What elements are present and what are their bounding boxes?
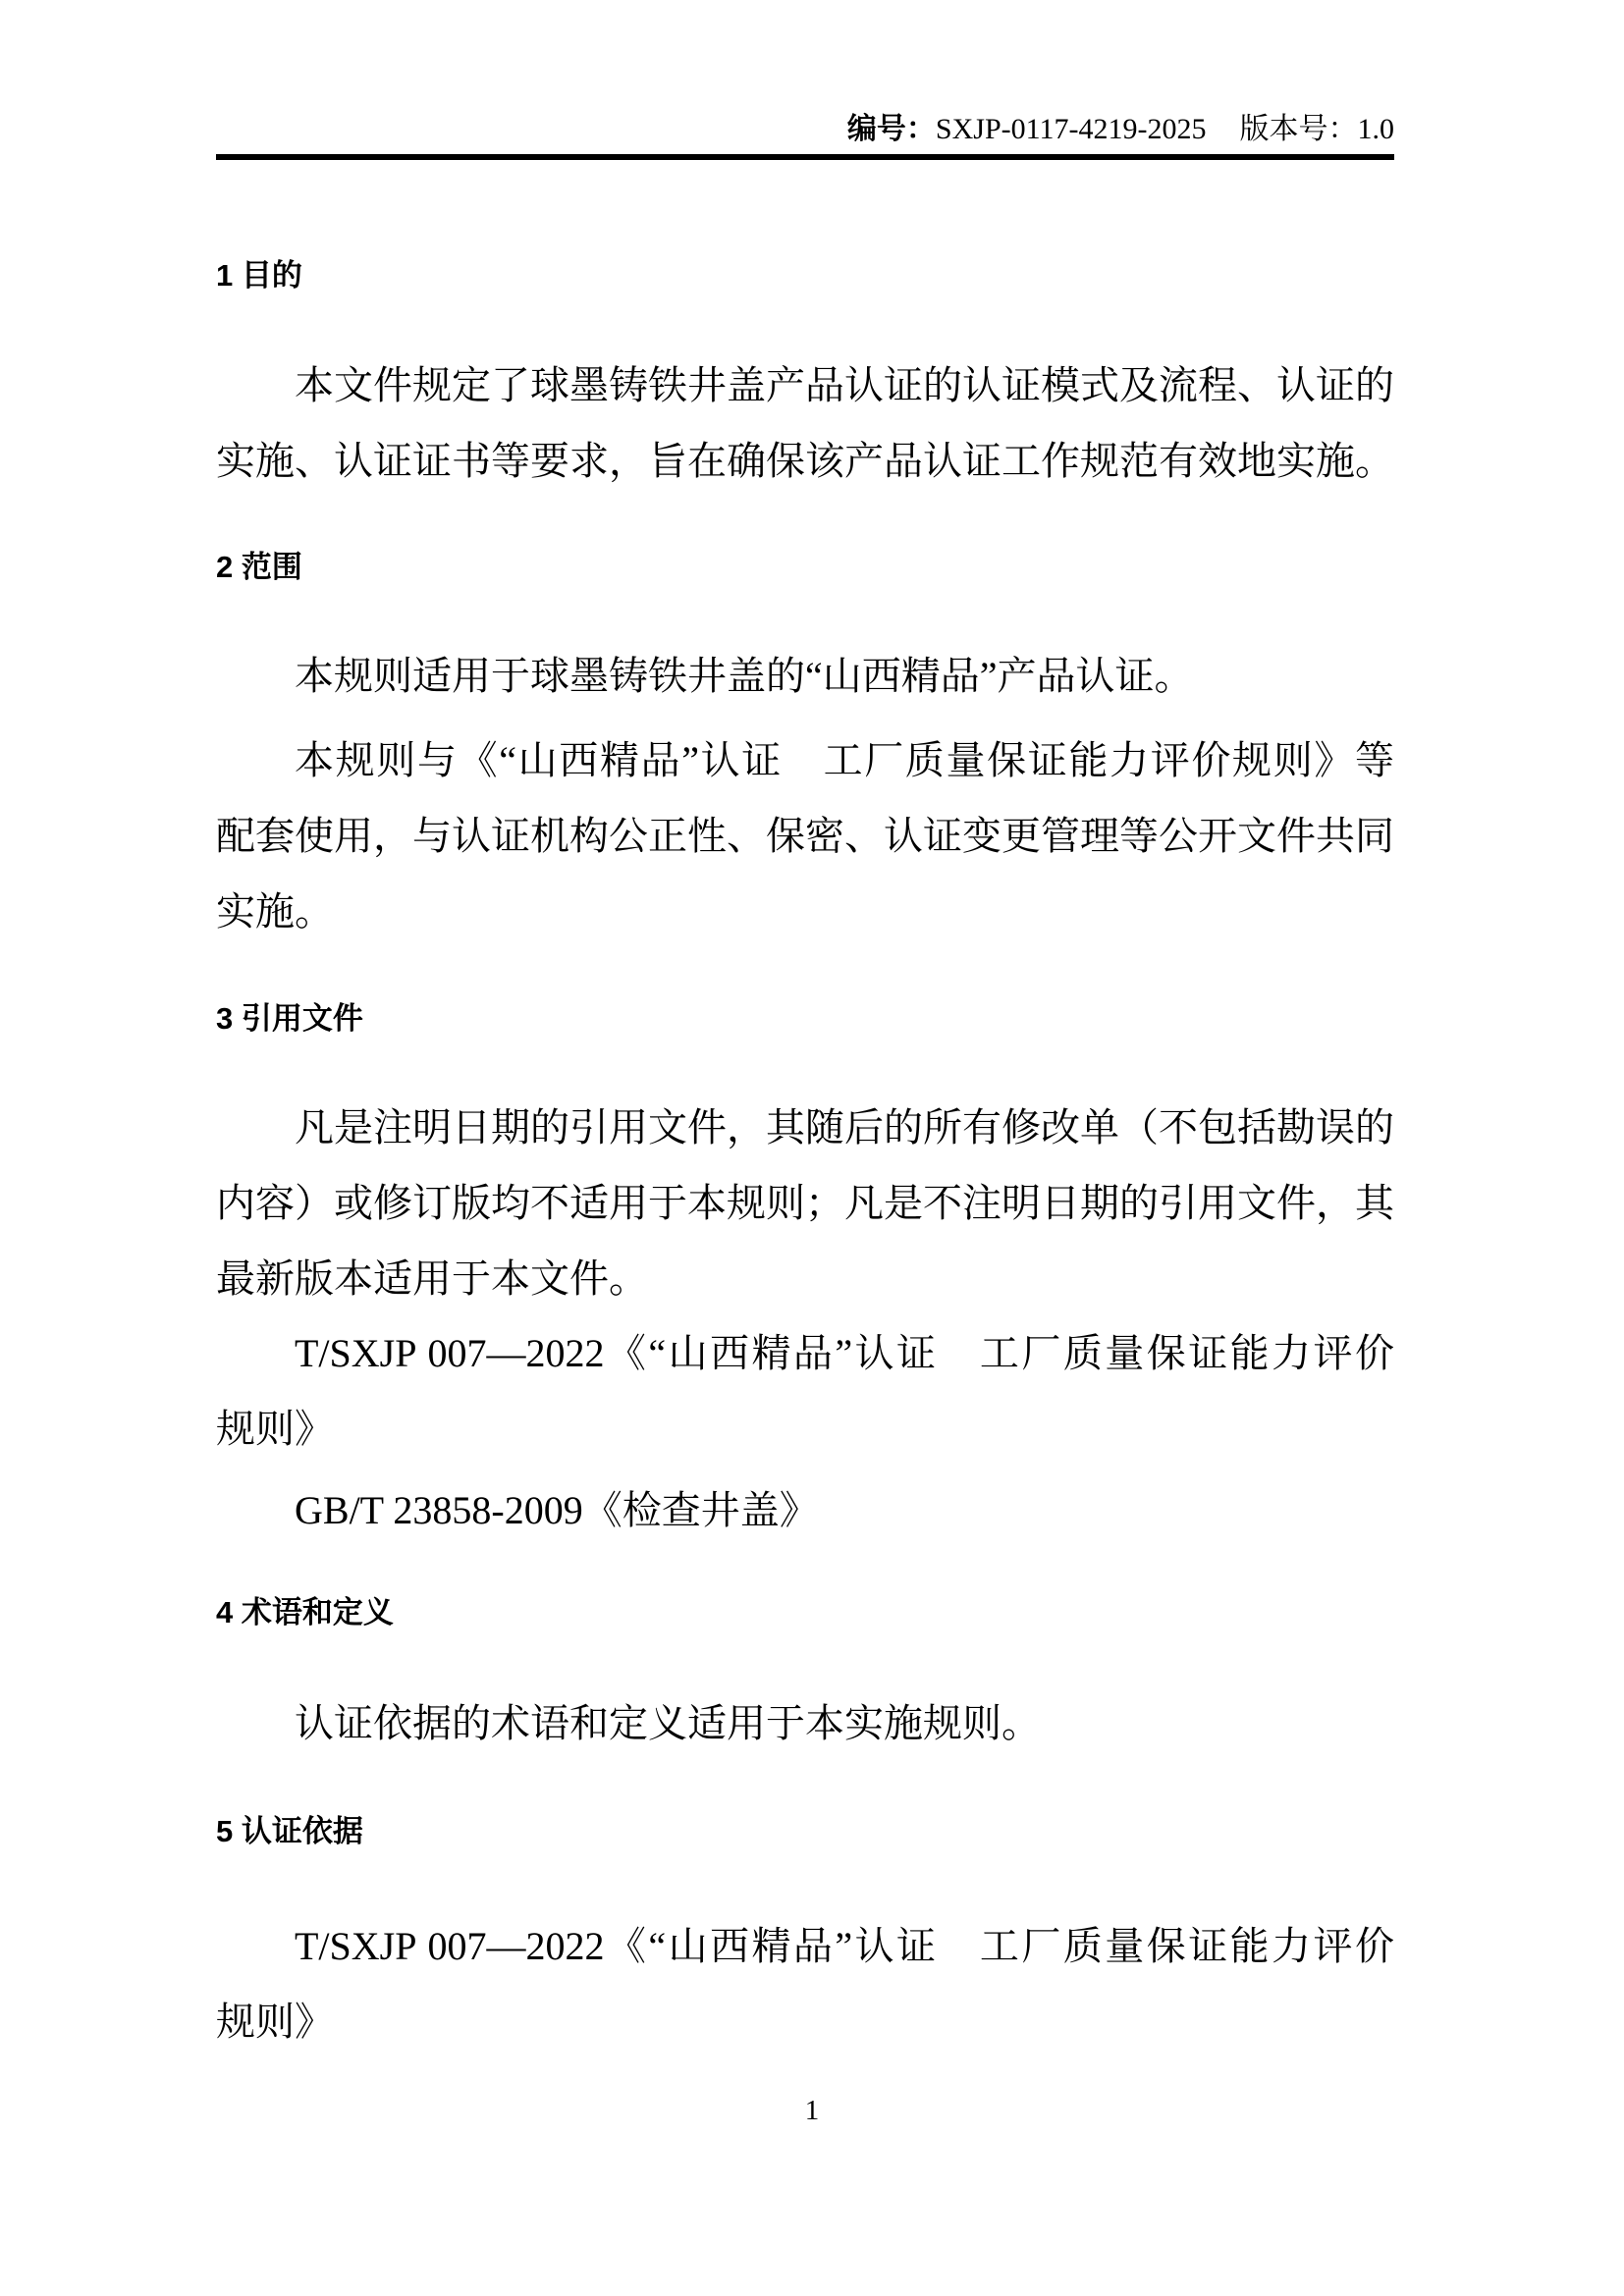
section-heading: 4 术语和定义	[216, 1591, 1394, 1634]
paragraph-line: 认证依据的术语和定义适用于本实施规则。	[216, 1685, 1394, 1761]
paragraph: 凡是注明日期的引用文件，其随后的所有修改单（不包括勘误的 内容）或修订版均不适用…	[216, 1090, 1394, 1316]
document-page: 编号：SXJP-0117-4219-2025版本号：1.0 1 目的 本文件规定…	[0, 0, 1624, 2296]
doc-number: SXJP-0117-4219-2025	[936, 113, 1207, 145]
paragraph-line: 本规则与《“山西精品”认证 工厂质量保证能力评价规则》等	[216, 722, 1394, 798]
section-heading: 5 认证依据	[216, 1810, 1394, 1853]
header-rule	[216, 154, 1394, 160]
paragraph: T/SXJP 007—2022《“山西精品”认证 工厂质量保证能力评价 规则》	[216, 1908, 1394, 2059]
page-number: 1	[0, 2091, 1624, 2130]
version-label: 版本号：	[1240, 113, 1358, 145]
paragraph-line: 本文件规定了球墨铸铁井盖产品认证的认证模式及流程、认证的	[216, 347, 1394, 423]
paragraph-line: 实施。	[216, 874, 1394, 949]
paragraph-line: 凡是注明日期的引用文件，其随后的所有修改单（不包括勘误的	[216, 1090, 1394, 1165]
doc-number-label: 编号：	[847, 113, 936, 145]
paragraph-line: T/SXJP 007—2022《“山西精品”认证 工厂质量保证能力评价	[216, 1908, 1394, 1984]
version-value: 1.0	[1358, 113, 1395, 145]
paragraph: 本规则适用于球墨铸铁井盖的“山西精品”产品认证。	[216, 638, 1394, 714]
paragraph-line: T/SXJP 007—2022《“山西精品”认证 工厂质量保证能力评价	[216, 1315, 1394, 1391]
paragraph-line: 配套使用，与认证机构公正性、保密、认证变更管理等公开文件共同	[216, 798, 1394, 874]
paragraph-line: 内容）或修订版均不适用于本规则；凡是不注明日期的引用文件，其	[216, 1165, 1394, 1241]
paragraph-line: GB/T 23858-2009《检查井盖》	[216, 1472, 1394, 1548]
paragraph: T/SXJP 007—2022《“山西精品”认证 工厂质量保证能力评价 规则》	[216, 1315, 1394, 1467]
page-content: 编号：SXJP-0117-4219-2025版本号：1.0 1 目的 本文件规定…	[216, 0, 1394, 2296]
section-heading: 1 目的	[216, 254, 1394, 297]
paragraph: 认证依据的术语和定义适用于本实施规则。	[216, 1685, 1394, 1761]
paragraph: 本文件规定了球墨铸铁井盖产品认证的认证模式及流程、认证的 实施、认证证书等要求，…	[216, 347, 1394, 499]
paragraph-line: 本规则适用于球墨铸铁井盖的“山西精品”产品认证。	[216, 638, 1394, 714]
paragraph: GB/T 23858-2009《检查井盖》	[216, 1472, 1394, 1548]
paragraph-line: 规则》	[216, 1984, 1394, 2059]
page-header: 编号：SXJP-0117-4219-2025版本号：1.0	[216, 110, 1394, 149]
section-heading: 2 范围	[216, 546, 1394, 589]
paragraph-line: 规则》	[216, 1391, 1394, 1467]
paragraph-line: 最新版本适用于本文件。	[216, 1241, 1394, 1316]
paragraph-line: 实施、认证证书等要求，旨在确保该产品认证工作规范有效地实施。	[216, 423, 1394, 499]
paragraph: 本规则与《“山西精品”认证 工厂质量保证能力评价规则》等 配套使用，与认证机构公…	[216, 722, 1394, 949]
section-heading: 3 引用文件	[216, 997, 1394, 1041]
